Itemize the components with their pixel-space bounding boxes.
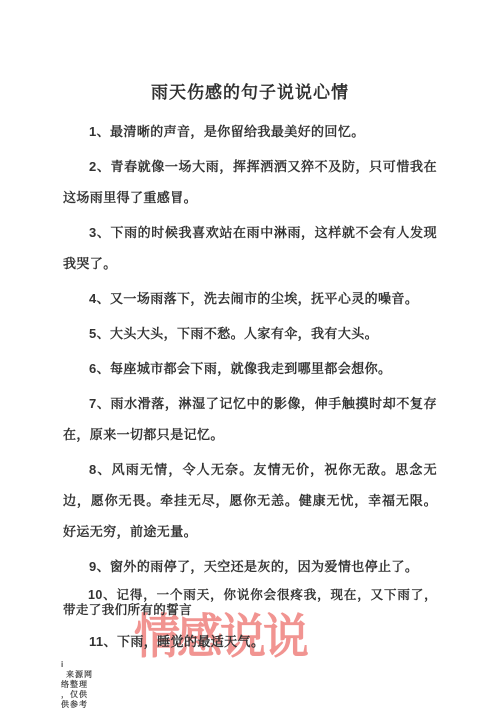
sentence-item-5: 5、大头大头，下雨不愁。人家有伞，我有大头。	[63, 318, 437, 349]
document-body: 雨天伤感的句子说说心情 1、最清晰的声音，是你留给我最美好的回忆。 2、青春就像…	[0, 0, 500, 708]
source-note-line: ，仅供	[61, 690, 437, 700]
sentence-item-8: 8、风雨无情，令人无奈。友情无价，祝你无敌。思念无边，愿你无畏。牵挂无尽，愿你无…	[63, 454, 437, 547]
sentence-item-10: 10、记得，一个雨天，你说你会很疼我，现在，又下雨了，带走了我们所有的誓言	[63, 588, 437, 618]
source-note-line: 来源网	[61, 670, 437, 680]
sentence-item-6: 6、每座城市都会下雨，就像我走到哪里都会想你。	[63, 353, 437, 384]
sentence-item-1: 1、最清晰的声音，是你留给我最美好的回忆。	[63, 116, 437, 147]
source-note-line: 络整理	[61, 680, 437, 690]
source-note: i 来源网 络整理 ，仅供 供参考	[61, 660, 437, 708]
sentence-item-11: 11、下雨，睡觉的最适天气。	[63, 632, 437, 652]
sentence-item-9: 9、窗外的雨停了，天空还是灰的，因为爱情也停止了。	[63, 551, 437, 582]
sentence-item-2: 2、青春就像一场大雨，挥挥洒洒又猝不及防，只可惜我在这场雨里得了重感冒。	[63, 151, 437, 213]
source-note-line: i	[61, 660, 437, 670]
document-page: 情感说说 雨天伤感的句子说说心情 1、最清晰的声音，是你留给我最美好的回忆。 2…	[0, 0, 500, 708]
sentence-item-4: 4、又一场雨落下，洗去闹市的尘埃，抚平心灵的噪音。	[63, 283, 437, 314]
sentence-item-3: 3、下雨的时候我喜欢站在雨中淋雨，这样就不会有人发现我哭了。	[63, 217, 437, 279]
sentence-item-7: 7、雨水滑落，淋湿了记忆中的影像，伸手触摸时却不复存在，原来一切都只是记忆。	[63, 388, 437, 450]
page-title: 雨天伤感的句子说说心情	[63, 83, 437, 103]
source-note-line: 供参考	[61, 700, 437, 708]
